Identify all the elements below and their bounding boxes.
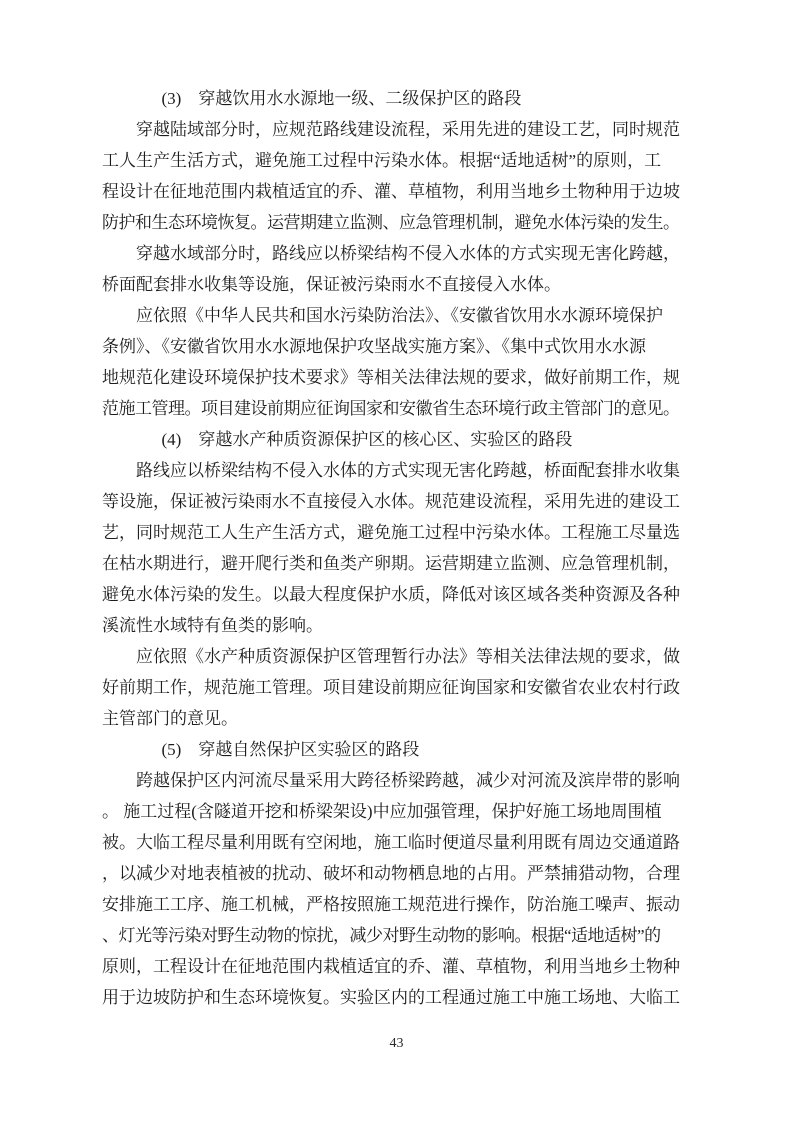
text-line-15: 艺，同时规范工人生产生活方式，避免施工过程中污染水体。工程施工尽量选	[102, 517, 680, 548]
text-line-22: (5) 穿越自然保护区实验区的路段	[102, 734, 680, 765]
text-line-30: 用于边坡防护和生态环境恢复。实验区内的工程通过施工中施工场地、大临工	[102, 982, 680, 1013]
text-line-17: 避免水体污染的发生。以最大程度保护水质，降低对该区域各类种资源及各种	[102, 579, 680, 610]
text-line-14: 等设施，保证被污染雨水不直接侵入水体。规范建设流程，采用先进的建设工	[102, 486, 680, 517]
document-body: (3) 穿越饮用水水源地一级、二级保护区的路段穿越陆域部分时，应规范路线建设流程…	[102, 83, 680, 1013]
text-line-9: 条例》、《安徽省饮用水水源地保护攻坚战实施方案》、《集中式饮用水水源	[102, 331, 680, 362]
text-line-12: (4) 穿越水产种质资源保护区的核心区、实验区的路段	[102, 424, 680, 455]
text-line-28: 、灯光等污染对野生动物的惊扰，减少对野生动物的影响。根据“适地适树”的	[102, 920, 680, 951]
text-line-1: (3) 穿越饮用水水源地一级、二级保护区的路段	[102, 83, 680, 114]
document-page: (3) 穿越饮用水水源地一级、二级保护区的路段穿越陆域部分时，应规范路线建设流程…	[0, 0, 793, 1122]
text-line-8: 应依照《中华人民共和国水污染防治法》、《安徽省饮用水水源环境保护	[102, 300, 680, 331]
text-line-4: 程设计在征地范围内栽植适宜的乔、灌、草植物，利用当地乡土物种用于边坡	[102, 176, 680, 207]
text-line-18: 溪流性水域特有鱼类的影响。	[102, 610, 680, 641]
text-line-2: 穿越陆域部分时，应规范路线建设流程，采用先进的建设工艺，同时规范	[102, 114, 680, 145]
text-line-27: 安排施工工序、施工机械，严格按照施工规范进行操作，防治施工噪声、振动	[102, 889, 680, 920]
text-line-11: 范施工管理。项目建设前期应征询国家和安徽省生态环境行政主管部门的意见。	[102, 393, 680, 424]
text-line-16: 在枯水期进行，避开爬行类和鱼类产卵期。运营期建立监测、应急管理机制，	[102, 548, 680, 579]
text-line-26: ，以减少对地表植被的扰动、破坏和动物栖息地的占用。严禁捕猎动物，合理	[102, 858, 680, 889]
text-line-13: 路线应以桥梁结构不侵入水体的方式实现无害化跨越，桥面配套排水收集	[102, 455, 680, 486]
text-line-3: 工人生产生活方式，避免施工过程中污染水体。根据“适地适树”的原则，工	[102, 145, 680, 176]
text-line-10: 地规范化建设环境保护技术要求》等相关法律法规的要求，做好前期工作，规	[102, 362, 680, 393]
text-line-25: 被。大临工程尽量利用既有空闲地，施工临时便道尽量利用既有周边交通道路	[102, 827, 680, 858]
text-line-29: 原则，工程设计在征地范围内栽植适宜的乔、灌、草植物，利用当地乡土物种	[102, 951, 680, 982]
text-line-7: 桥面配套排水收集等设施，保证被污染雨水不直接侵入水体。	[102, 269, 680, 300]
text-line-21: 主管部门的意见。	[102, 703, 680, 734]
text-line-24: 。 施工过程(含隧道开挖和桥梁架设)中应加强管理，保护好施工场地周围植	[102, 796, 680, 827]
page-number: 43	[0, 1034, 793, 1054]
text-line-20: 好前期工作，规范施工管理。项目建设前期应征询国家和安徽省农业农村行政	[102, 672, 680, 703]
text-line-23: 跨越保护区内河流尽量采用大跨径桥梁跨越，减少对河流及滨岸带的影响	[102, 765, 680, 796]
text-line-19: 应依照《水产种质资源保护区管理暂行办法》等相关法律法规的要求，做	[102, 641, 680, 672]
text-line-6: 穿越水域部分时，路线应以桥梁结构不侵入水体的方式实现无害化跨越，	[102, 238, 680, 269]
text-line-5: 防护和生态环境恢复。运营期建立监测、应急管理机制，避免水体污染的发生。	[102, 207, 680, 238]
